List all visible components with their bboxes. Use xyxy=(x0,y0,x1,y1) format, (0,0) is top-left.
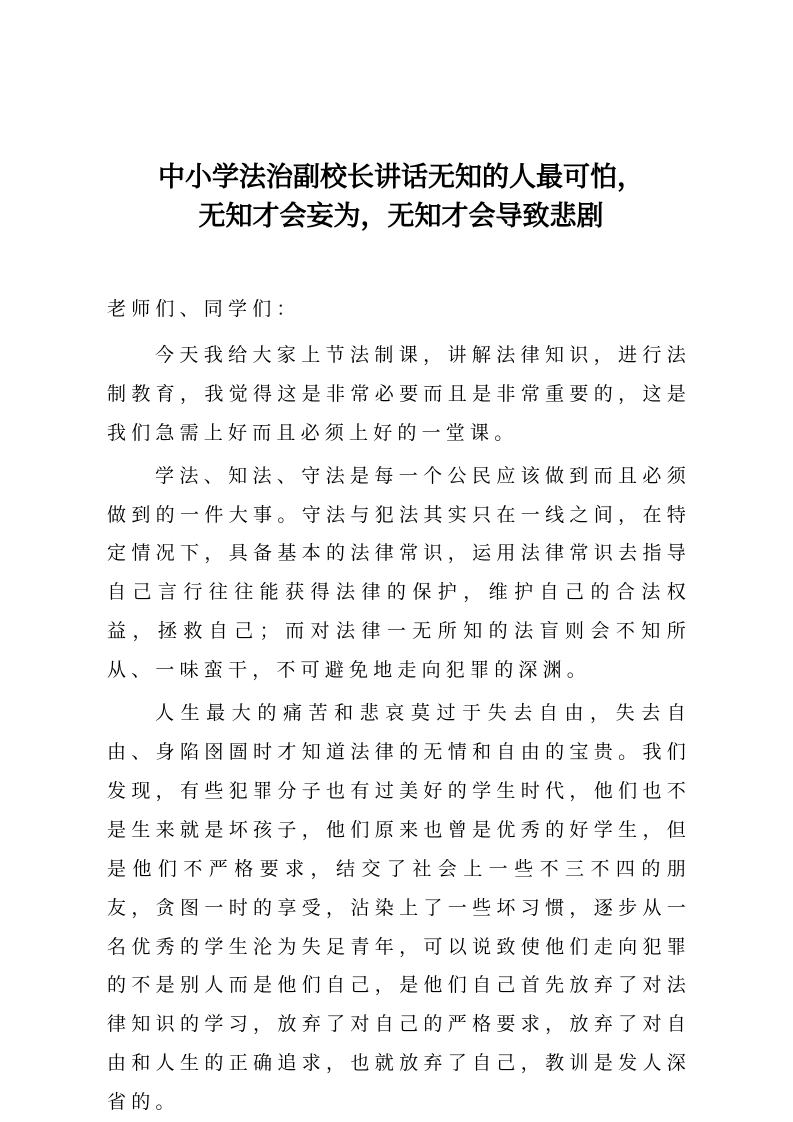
paragraph-2: 学法、知法、守法是每一个公民应该做到而且必须做到的一件大事。守法与犯法其实只在一… xyxy=(107,457,691,690)
document-title: 中小学法治副校长讲话无知的人最可怕， 无知才会妄为，无知才会导致悲剧 xyxy=(96,158,706,236)
title-line-1: 中小学法治副校长讲话无知的人最可怕， xyxy=(96,158,706,197)
paragraph-1: 今天我给大家上节法制课，讲解法律知识，进行法制教育，我觉得这是非常必要而且是非常… xyxy=(107,336,691,453)
document-page: 中小学法治副校长讲话无知的人最可怕， 无知才会妄为，无知才会导致悲剧 老师们、同… xyxy=(0,0,793,1122)
salutation: 老师们、同学们： xyxy=(107,290,691,329)
title-line-2: 无知才会妄为，无知才会导致悲剧 xyxy=(96,197,706,236)
document-body: 老师们、同学们： 今天我给大家上节法制课，讲解法律知识，进行法制教育，我觉得这是… xyxy=(107,290,691,1122)
paragraph-3: 人生最大的痛苦和悲哀莫过于失去自由，失去自由、身陷囹圄时才知道法律的无情和自由的… xyxy=(107,694,691,1122)
